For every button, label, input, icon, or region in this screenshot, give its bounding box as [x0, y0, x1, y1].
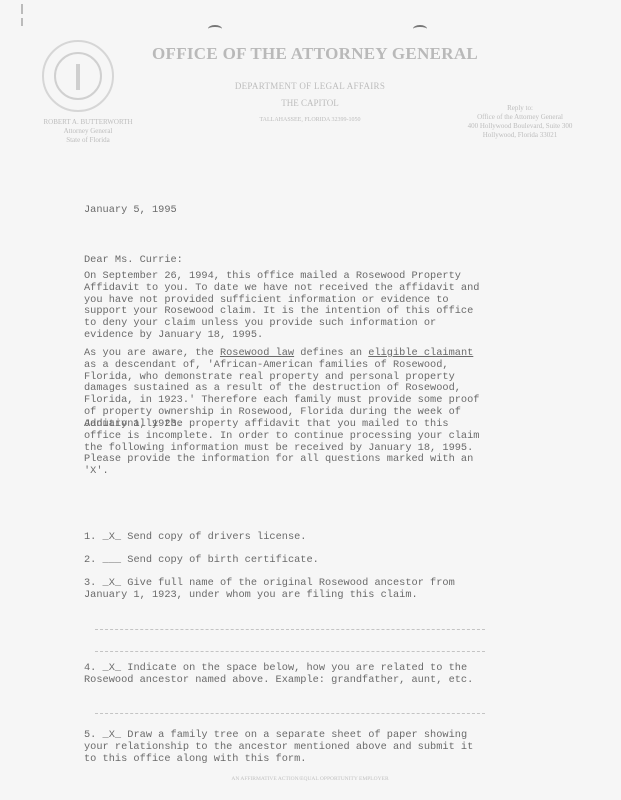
margin-mark [21, 4, 23, 14]
para2-mid: defines an [294, 347, 368, 359]
letterhead-attorney-general-block: ROBERT A. BUTTERWORTH Attorney General S… [18, 118, 158, 145]
attorney-general-title: Attorney General [18, 127, 158, 136]
rosewood-law-underline: Rosewood law [220, 347, 294, 359]
answer-blank-line[interactable] [95, 629, 485, 630]
checklist-item: 4. _X_ Indicate on the space below, how … [84, 663, 564, 687]
item-text: Indicate on the space below, how you are… [84, 662, 473, 686]
answer-blank-line[interactable] [95, 713, 485, 714]
reply-city: Hollywood, Florida 33021 [435, 131, 605, 140]
reply-to-label: Reply to: [435, 104, 605, 113]
item-number: 3. [84, 577, 96, 589]
item-text: Give full name of the original Rosewood … [84, 577, 455, 601]
item-mark: _X_ [103, 729, 122, 741]
letterhead-city-address: TALLAHASSEE, FLORIDA 32399-1050 [190, 117, 430, 123]
eligible-claimant-underline: eligible claimant [368, 347, 473, 359]
state-name: State of Florida [18, 136, 158, 145]
item-text: Send copy of birth certificate. [127, 554, 319, 566]
item-number: 5. [84, 729, 96, 741]
letterhead-building: THE CAPITOL [190, 98, 430, 108]
letter-salutation: Dear Ms. Currie: [84, 255, 564, 267]
hole-punch-icon [413, 22, 427, 30]
letter-date: January 5, 1995 [84, 205, 564, 217]
reply-office: Office of the Attorney General [435, 113, 605, 122]
item-number: 1. [84, 531, 96, 543]
item-mark: _X_ [103, 531, 122, 543]
item-number: 2. [84, 554, 96, 566]
hole-punch-icon [208, 22, 222, 30]
paragraph-incomplete-affidavit: Additionally the property affidavit that… [84, 419, 564, 478]
letterhead-department: DEPARTMENT OF LEGAL AFFAIRS [190, 81, 430, 91]
checklist-item: 1. _X_ Send copy of drivers license. [84, 532, 564, 544]
footer-eoe-statement: AN AFFIRMATIVE ACTION/EQUAL OPPORTUNITY … [215, 776, 405, 782]
margin-mark [21, 18, 23, 26]
reply-street: 400 Hollywood Boulevard, Suite 300 [435, 122, 605, 131]
item-mark: _X_ [103, 662, 122, 674]
item-number: 4. [84, 662, 96, 674]
letterhead-reply-block: Reply to: Office of the Attorney General… [435, 104, 605, 140]
letterhead-title: OFFICE OF THE ATTORNEY GENERAL [152, 44, 472, 64]
item-mark: ___ [103, 554, 122, 566]
attorney-general-name: ROBERT A. BUTTERWORTH [18, 118, 158, 127]
state-seal-icon [42, 40, 114, 112]
item-mark: _X_ [103, 577, 122, 589]
checklist-item: 5. _X_ Draw a family tree on a separate … [84, 730, 564, 765]
checklist-item: 2. ___ Send copy of birth certificate. [84, 555, 564, 567]
item-text: Send copy of drivers license. [127, 531, 306, 543]
para2-pre: As you are aware, the [84, 347, 220, 359]
paragraph-mailing-notice: On September 26, 1994, this office maile… [84, 271, 564, 342]
letter-page: OFFICE OF THE ATTORNEY GENERAL DEPARTMEN… [0, 0, 621, 800]
answer-blank-line[interactable] [95, 651, 485, 652]
item-text: Draw a family tree on a separate sheet o… [84, 729, 473, 765]
checklist-item: 3. _X_ Give full name of the original Ro… [84, 578, 564, 602]
